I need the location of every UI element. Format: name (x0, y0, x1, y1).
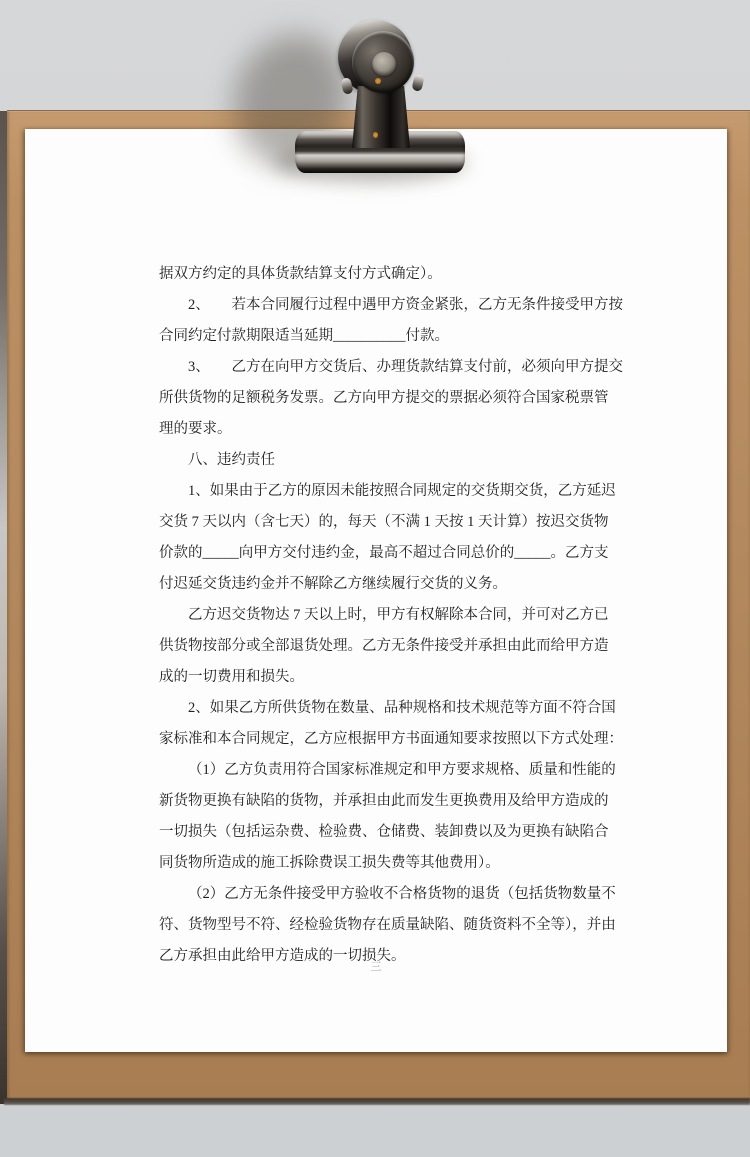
document-line: 乙方迟交货物达 7 天以上时，甲方有权解除本合同，并可对乙方已 (159, 600, 611, 631)
clipboard-bottom-edge (4, 1098, 750, 1105)
document-line: 2、 若本合同履行过程中遇甲方资金紧张，乙方无条件接受甲方按 (159, 290, 611, 321)
document-line: 八、违约责任 (159, 445, 611, 476)
document-line: 成的一切费用和损失。 (159, 662, 611, 693)
document-line: 供货物按部分或全部退货处理。乙方无条件接受并承担由此而给甲方造 (159, 631, 611, 662)
document-line: 家标准和本合同规定，乙方应根据甲方书面通知要求按照以下方式处理： (159, 724, 611, 755)
document-line: 交货 7 天以内（含七天）的，每天（不满 1 天按 1 天计算）按迟交货物 (159, 507, 611, 538)
document-line: 3、 乙方在向甲方交货后、办理货款结算支付前，必须向甲方提交 (159, 352, 611, 383)
document-text: 据双方约定的具体货款结算支付方式确定）。2、 若本合同履行过程中遇甲方资金紧张，… (159, 259, 611, 972)
document-line: 付迟延交货违约金并不解除乙方继续履行交货的义务。 (159, 569, 611, 600)
binder-clip (280, 14, 480, 180)
document-line: （1）乙方负责用符合国家标准规定和甲方要求规格、质量和性能的 (159, 755, 611, 786)
document-line: 符、货物型号不符、经检验货物存在质量缺陷、随货资料不全等），并由 (159, 910, 611, 941)
clip-neck (352, 86, 410, 148)
document-line: （2）乙方无条件接受甲方验收不合格货物的退货（包括货物数量不 (159, 879, 611, 910)
wall-background: 据双方约定的具体货款结算支付方式确定）。2、 若本合同履行过程中遇甲方资金紧张，… (0, 0, 750, 1157)
document-line: 一切损失（包括运杂费、检验费、仓储费、装卸费以及为更换有缺陷合 (159, 817, 611, 848)
document-line: 理的要求。 (159, 414, 611, 445)
document-line: 合同约定付款期限适当延期__________付款。 (159, 321, 611, 352)
document-line: 1、如果由于乙方的原因未能按照合同规定的交货期交货，乙方延迟 (159, 476, 611, 507)
paper-sheet: 据双方约定的具体货款结算支付方式确定）。2、 若本合同履行过程中遇甲方资金紧张，… (25, 129, 727, 1052)
clip-hook-right (411, 74, 424, 92)
page-number: 三 (25, 960, 727, 974)
document-line: 新货物更换有缺陷的货物，并承担由此而发生更换费用及给甲方造成的 (159, 786, 611, 817)
document-line: 所供货物的足额税务发票。乙方向甲方提交的票据必须符合国家税票管 (159, 383, 611, 414)
clip-reflection-dot (373, 132, 378, 138)
clip-spring-hole (372, 52, 396, 76)
clip-reflection-dot (375, 78, 381, 84)
document-line: 价款的_____向甲方交付违约金，最高不超过合同总价的_____。乙方支 (159, 538, 611, 569)
document-line: 同货物所造成的施工拆除费误工损失费等其他费用）。 (159, 848, 611, 879)
document-line: 据双方约定的具体货款结算支付方式确定）。 (159, 259, 611, 290)
document-line: 2、如果乙方所供货物在数量、品种规格和技术规范等方面不符合国 (159, 693, 611, 724)
